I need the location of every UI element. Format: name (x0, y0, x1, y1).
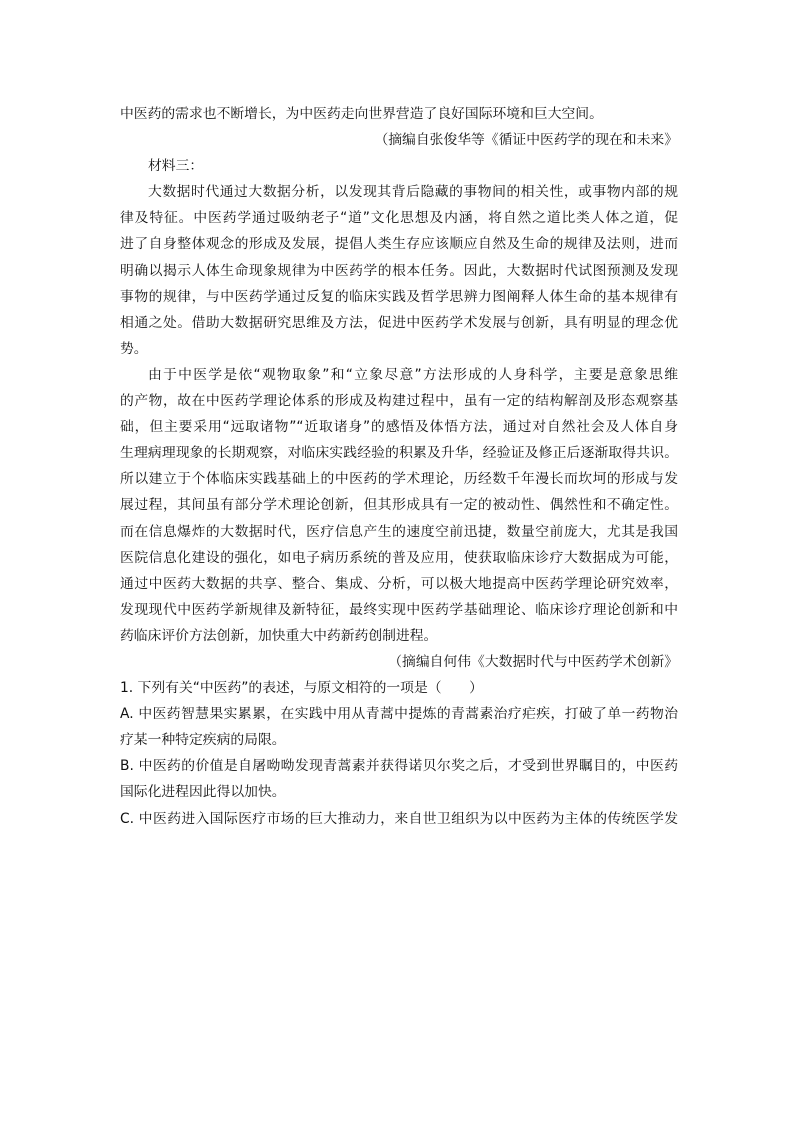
text-line: 医院信息化建设的强化，如电子病历系统的普及应用，使获取临床诊疗大数据成为可能， (120, 545, 678, 571)
text-line: 通过中医药大数据的共享、整合、集成、分析，可以极大地提高中医药学理论研究效率， (120, 571, 678, 597)
text-line: 相通之处。借助大数据研究思维及方法，促进中医药学术发展与创新，具有明显的理念优 (120, 310, 678, 336)
material-3-paragraph-1: 大数据时代通过大数据分析，以发现其背后隐藏的事物间的相关性，或事物内部的规 律及… (120, 179, 678, 362)
option-line: 国际化进程因此得以加快。 (120, 779, 678, 805)
option-c: C. 中医药进入国际医疗市场的巨大推动力，来自世卫组织为以中医药为主体的传统医学… (120, 806, 678, 832)
option-line: A. 中医药智慧果实累累，在实践中用从青蒿中提炼的青蒿素治疗疟疾，打破了单一药物… (120, 701, 678, 727)
previous-paragraph-tail: 中医药的需求也不断增长，为中医药走向世界营造了良好国际环境和巨大空间。 (120, 101, 678, 127)
citation-material-2: （摘编自张俊华等《循证中医药学的现在和未来》 (120, 127, 678, 153)
text-line: 势。 (120, 336, 678, 362)
material-3-paragraph-2: 由于中医学是依“观物取象”和“立象尽意”方法形成的人身科学，主要是意象思维 的产… (120, 362, 678, 649)
text-line: 药临床评价方法创新，加快重大中药新药创制进程。 (120, 623, 678, 649)
option-line: 疗某一种特定疾病的局限。 (120, 727, 678, 753)
option-line: C. 中医药进入国际医疗市场的巨大推动力，来自世卫组织为以中医药为主体的传统医学… (120, 806, 678, 832)
material-3-label: 材料三： (120, 153, 678, 179)
question-1: 1. 下列有关“中医药”的表述，与原文相符的一项是（ ） A. 中医药智慧果实累… (120, 675, 678, 832)
text-line: 础，但主要采用“远取诸物”“近取诸身”的感悟及体悟方法，通过对自然社会及人体自身 (120, 414, 678, 440)
text-line: 大数据时代通过大数据分析，以发现其背后隐藏的事物间的相关性，或事物内部的规 (120, 179, 678, 205)
question-stem: 1. 下列有关“中医药”的表述，与原文相符的一项是（ ） (120, 675, 678, 701)
option-a: A. 中医药智慧果实累累，在实践中用从青蒿中提炼的青蒿素治疗疟疾，打破了单一药物… (120, 701, 678, 753)
text-line: 的产物，故在中医药学理论体系的形成及构建过程中，虽有一定的结构解剖及形态观察基 (120, 388, 678, 414)
citation-material-3: （摘编自何伟《大数据时代与中医药学术创新》 (120, 649, 678, 675)
text-line: 由于中医学是依“观物取象”和“立象尽意”方法形成的人身科学，主要是意象思维 (120, 362, 678, 388)
text-line: 进了自身整体观念的形成及发展，提倡人类生存应该顺应自然及生命的规律及法则，进而 (120, 231, 678, 257)
text-line: 律及特征。中医药学通过吸纳老子“道”文化思想及内涵，将自然之道比类人体之道，促 (120, 205, 678, 231)
text-line: 发现现代中医药学新规律及新特征，最终实现中医药学基础理论、临床诊疗理论创新和中 (120, 597, 678, 623)
text-line: 明确以揭示人体生命现象规律为中医药学的根本任务。因此，大数据时代试图预测及发现 (120, 258, 678, 284)
text-line: 而在信息爆炸的大数据时代，医疗信息产生的速度空前迅捷，数量空前庞大，尤其是我国 (120, 519, 678, 545)
option-b: B. 中医药的价值是自屠呦呦发现青蒿素并获得诺贝尔奖之后，才受到世界瞩目的，中医… (120, 753, 678, 805)
text-line: 事物的规律，与中医药学通过反复的临床实践及哲学思辨力图阐释人体生命的基本规律有 (120, 284, 678, 310)
text-line: 所以建立于个体临床实践基础上的中医药的学术理论，历经数千年漫长而坎坷的形成与发 (120, 466, 678, 492)
option-line: B. 中医药的价值是自屠呦呦发现青蒿素并获得诺贝尔奖之后，才受到世界瞩目的，中医… (120, 753, 678, 779)
document-page: 中医药的需求也不断增长，为中医药走向世界营造了良好国际环境和巨大空间。 （摘编自… (120, 101, 678, 832)
text-line: 中医药的需求也不断增长，为中医药走向世界营造了良好国际环境和巨大空间。 (120, 101, 678, 127)
text-line: 生理病理现象的长期观察，对临床实践经验的积累及升华，经验证及修正后逐渐取得共识。 (120, 440, 678, 466)
text-line: 展过程，其间虽有部分学术理论创新，但其形成具有一定的被动性、偶然性和不确定性。 (120, 492, 678, 518)
